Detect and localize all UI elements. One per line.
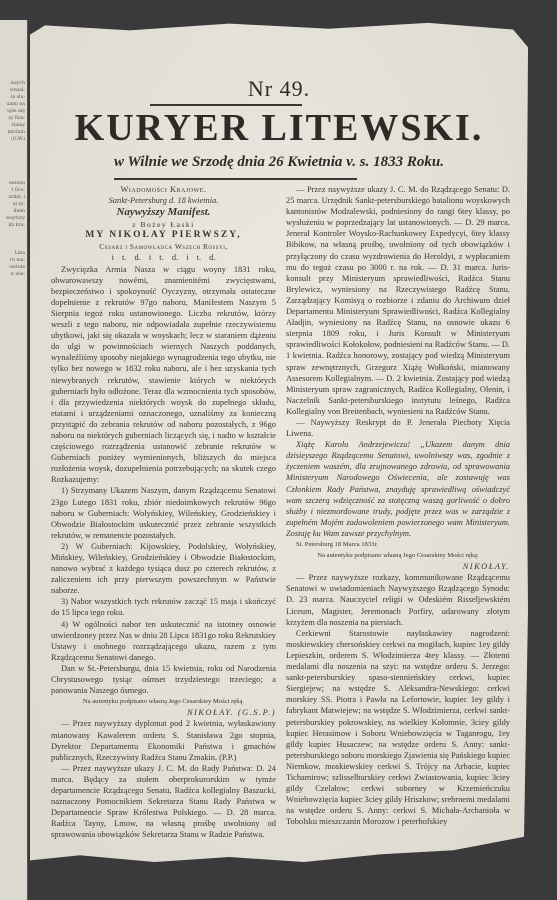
manifest-paragraph: Zwycięzka Armia Nasza w ciągu woyny 1831… — [51, 264, 276, 486]
previous-page-fragment: Lina ro ma- vietnie n wie- — [3, 250, 25, 278]
previous-page-fragment: eszena t Gru- ardal, i ej ży- ibein wayt… — [3, 180, 25, 229]
sovereign-name: MY NIKOŁAY PIERWSZY, — [51, 230, 276, 241]
masthead-rule-bottom — [114, 178, 357, 180]
manifest-paragraph: 3) Nabor wszystkich tych rekrutów zacząć… — [51, 596, 276, 618]
manifest-paragraph: Dan w St.-Petersburgu, dnia 15 kwietnia,… — [51, 663, 276, 696]
article-headline: Naywyższy Manifest. — [51, 206, 276, 219]
issue-dateline: w Wilnie we Srzodę dnia 26 Kwietnia v. s… — [30, 154, 528, 171]
issue-number: Nr 49. — [30, 76, 528, 102]
signature: NIKOŁAY. — [286, 561, 510, 572]
news-paragraph: — Przez naywyższy dyplomat pod 2 kwietni… — [51, 718, 276, 762]
newspaper-title: KURYER LITEWSKI. — [30, 106, 528, 150]
news-paragraph: — Przez naywyższe rozkazy, kommunikowane… — [286, 572, 510, 627]
etc-line: i t. d. i t. d. i t. d. — [51, 252, 276, 263]
left-column: Wiadomości Krajowe. Sankt-Petersburg d. … — [51, 184, 276, 840]
dateline: Sankt-Petersburg d. 18 kwietnia. — [51, 195, 276, 206]
manifest-paragraph: 4) W ogólności nabor ten uskutecznić na … — [51, 619, 276, 663]
signature-place: St. Petersburg 18 Marca 1833r. — [286, 539, 510, 550]
news-paragraph: — Przez naywyższe ukazy J. C. M. do Rady… — [51, 763, 276, 841]
news-paragraph: — Naywyższy Reskrypt do P. Jenerała Piec… — [286, 417, 510, 439]
signature-note: Na autentyku podpisano własną Jego Cesar… — [286, 550, 510, 561]
manifest-paragraph: 1) Strzymany Ukazem Naszym, danym Rządzą… — [51, 485, 276, 540]
sovereign-title: Cesarz i Samowładca Wszech Rossyi, — [51, 241, 276, 252]
news-paragraph: Cerkiewni Starostowie nayłaskawiey nagro… — [286, 628, 510, 828]
previous-page-fragment: iszych wnzal- in slu- uami na ujše aię z… — [3, 80, 25, 143]
signature: NIKOŁAY. (G.S.P.) — [51, 707, 276, 718]
previous-page-edge: iszych wnzal- in slu- uami na ujše aię z… — [0, 20, 28, 900]
by-grace-line: z Bożey Łaski — [51, 219, 276, 230]
rescript-paragraph: Xiążę Karolu Andrzejewiczu! „Ukazem dany… — [286, 439, 510, 539]
section-heading: Wiadomości Krajowe. — [51, 184, 276, 195]
manifest-paragraph: 2) W Guberniach: Kijowskiey, Podolskiey,… — [51, 541, 276, 596]
newspaper-page: Nr 49. KURYER LITEWSKI. w Wilnie we Srzo… — [30, 22, 528, 862]
news-paragraph: — Przez naywyższe ukazy J. C. M. do Rząd… — [286, 184, 510, 417]
right-column: — Przez naywyższe ukazy J. C. M. do Rząd… — [286, 184, 510, 827]
signature-note: Na autentyku podpisano własną Jego Cesar… — [51, 696, 276, 707]
